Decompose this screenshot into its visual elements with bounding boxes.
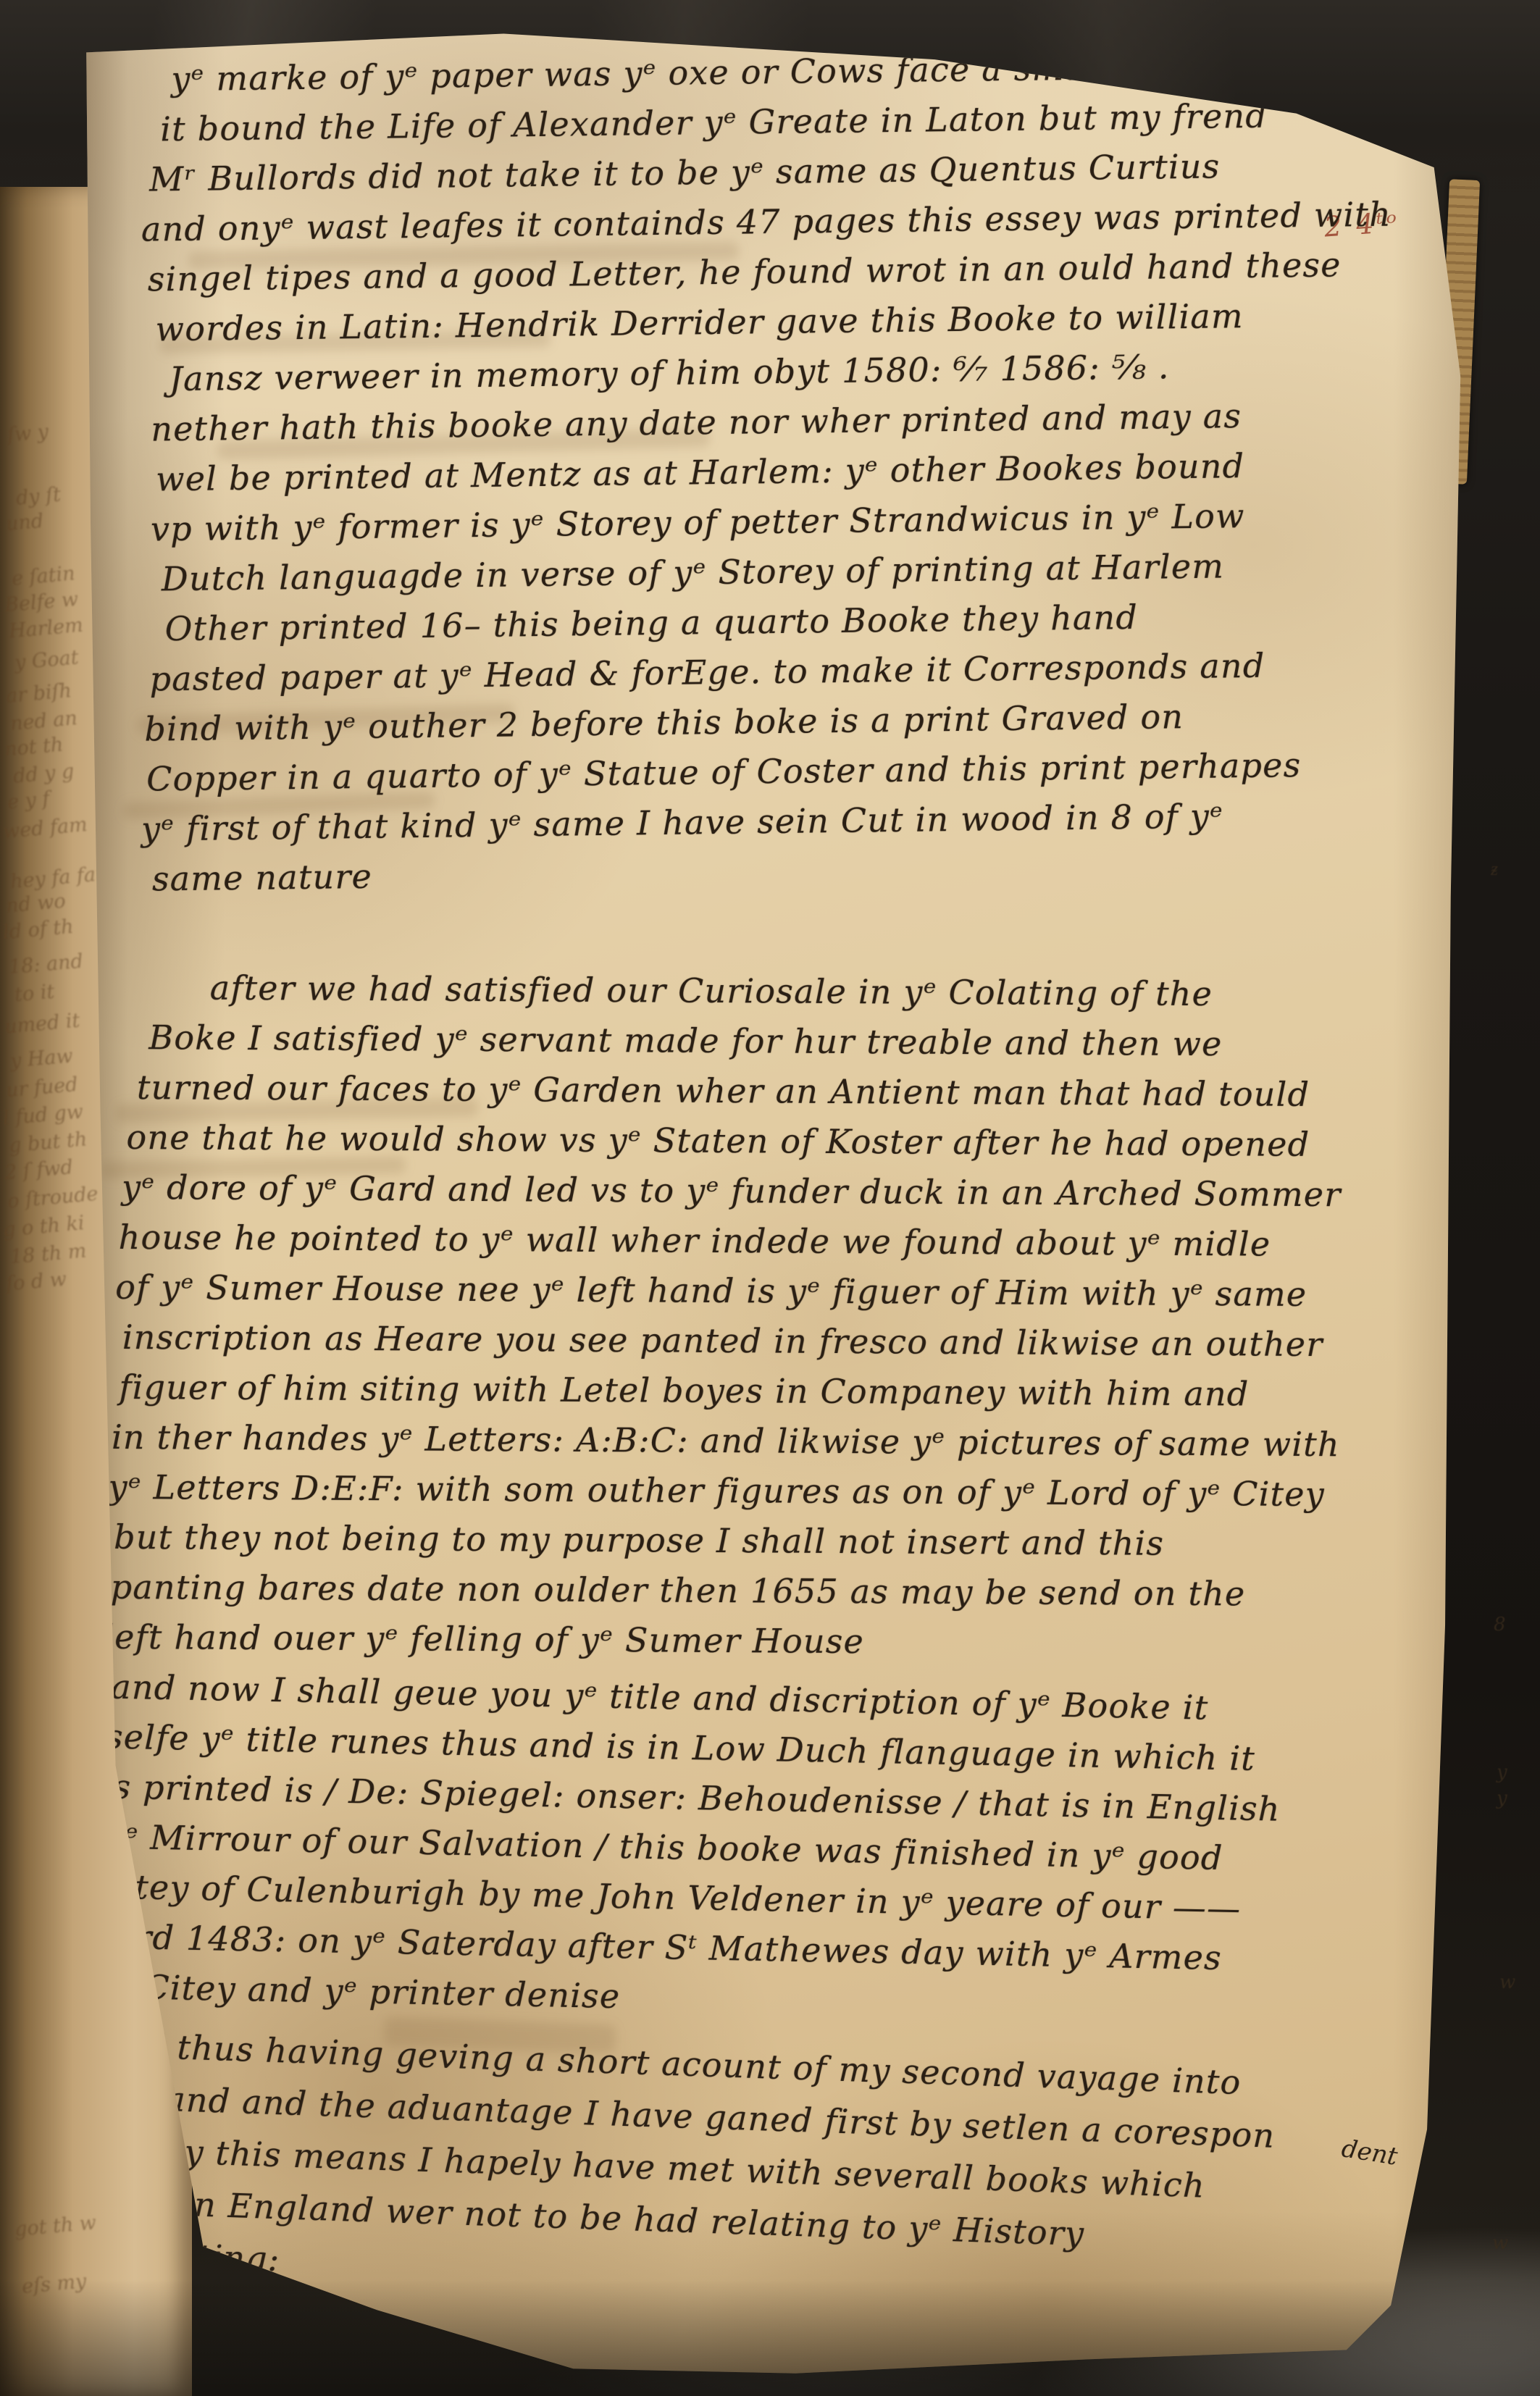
bleedthrough-fragment: ſo d w — [5, 1268, 67, 1295]
paragraph-4: and thus having geving a short acount of… — [114, 2019, 1426, 2323]
bleedthrough-fragment: got th w — [14, 2211, 97, 2241]
manuscript-line: figuer of him siting with Letel boyes in… — [119, 1362, 1424, 1420]
bleedthrough-fragment: l fud gw — [2, 1100, 84, 1130]
bleedthrough-fragment: ld of th — [2, 916, 75, 944]
edge-ink-mark: w — [1499, 1972, 1515, 1993]
manuscript-page: 2 2 4ᵗᵒ dent yᵉ marke of yᵉ paper was yᵉ… — [72, 29, 1463, 2376]
bleedthrough-fragment: eſs my — [21, 2270, 88, 2298]
bleedthrough-fragment: nd wo — [5, 889, 67, 917]
bleedthrough-fragment: Harlem — [8, 614, 84, 643]
bleedthrough-fragment: ar biſh — [5, 679, 72, 708]
bleedthrough-fragment: umed it — [4, 1010, 81, 1039]
edge-ink-mark: w — [1492, 2232, 1508, 2254]
manuscript-line: panting bares date non oulder then 1655 … — [111, 1562, 1423, 1620]
bleedthrough-fragment: y Haw — [9, 1044, 74, 1072]
handwritten-text: yᵉ marke of yᵉ paper was yᵉ oxe or Cows … — [123, 55, 1427, 2280]
bleedthrough-fragment: 2 ſ fwd — [4, 1156, 74, 1184]
bleedthrough-fragment: e y f — [7, 788, 51, 814]
bleedthrough-fragment: ſw y — [7, 421, 49, 447]
bleedthrough-fragment: e ſatin — [11, 562, 76, 590]
bleedthrough-fragment: ned an — [9, 707, 78, 735]
bleedthrough-fragment: und — [5, 510, 45, 535]
manuscript-line: left hand ouer yᵉ felling of yᵉ Sumer Ho… — [103, 1612, 1423, 1670]
manuscript-photo: ſw y dy ſt und e ſatin Belfe w Harlem y … — [0, 0, 1540, 2396]
manuscript-line: one that he would show vs yᵉ Staten of K… — [126, 1113, 1426, 1170]
bleedthrough-fragment: wed fam — [2, 813, 88, 843]
bleedthrough-fragment: 18: and — [8, 950, 84, 979]
paragraph-3: and now I shall geue you yᵉ title and di… — [117, 1662, 1427, 2037]
bleedthrough-fragment: Belfe w — [4, 588, 79, 617]
paragraph-2: after we had satisfied our Curiosale in … — [119, 963, 1427, 1670]
bleedthrough-fragment: dd y g — [12, 760, 75, 787]
paragraph-1: yᵉ marke of yᵉ paper was yᵉ oxe or Cows … — [123, 39, 1437, 905]
edge-ink-mark: y — [1497, 1788, 1507, 1809]
bleedthrough-fragment: o ſtroude — [7, 1183, 99, 1213]
bleedthrough-fragment: ur fued — [5, 1073, 79, 1102]
manuscript-line: yᵉ dore of yᵉ Gard and led vs to yᵉ fund… — [122, 1163, 1426, 1220]
bleedthrough-fragment: g o th ki — [2, 1212, 85, 1241]
edge-ink-mark: ᵶ — [1491, 858, 1498, 880]
bleedthrough-fragment: dy ſt — [15, 483, 62, 509]
bleedthrough-fragment: y Goat — [14, 646, 80, 674]
manuscript-line: of yᵉ Sumer House nee yᵉ left hand is yᵉ… — [115, 1262, 1425, 1320]
bleedthrough-fragment: not th — [4, 734, 64, 761]
manuscript-line: Boke I satisfied yᵉ servant made for hur… — [148, 1013, 1426, 1071]
bleedthrough-fragment: g but th — [8, 1128, 88, 1157]
manuscript-line: turned our faces to yᵉ Garden wher an An… — [137, 1063, 1426, 1120]
bleedthrough-fragment: to it — [14, 981, 56, 1007]
manuscript-line: house he pointed to yᵉ wall wher indede … — [118, 1212, 1425, 1270]
manuscript-line: inscription as Heare you see panted in f… — [122, 1312, 1425, 1370]
manuscript-line: but they not being to my purpose I shall… — [114, 1512, 1423, 1570]
manuscript-line: yᵉ Letters D:E:F: with som outher figure… — [108, 1462, 1423, 1520]
manuscript-line: after we had satisfied our Curiosale in … — [210, 963, 1427, 1021]
manuscript-line: in ther handes yᵉ Letters: A:B:C: and li… — [112, 1412, 1424, 1470]
bleedthrough-fragment: 18 th m — [9, 1239, 88, 1268]
edge-ink-mark: y — [1497, 1762, 1507, 1783]
edge-ink-mark: 8 — [1494, 1614, 1506, 1635]
